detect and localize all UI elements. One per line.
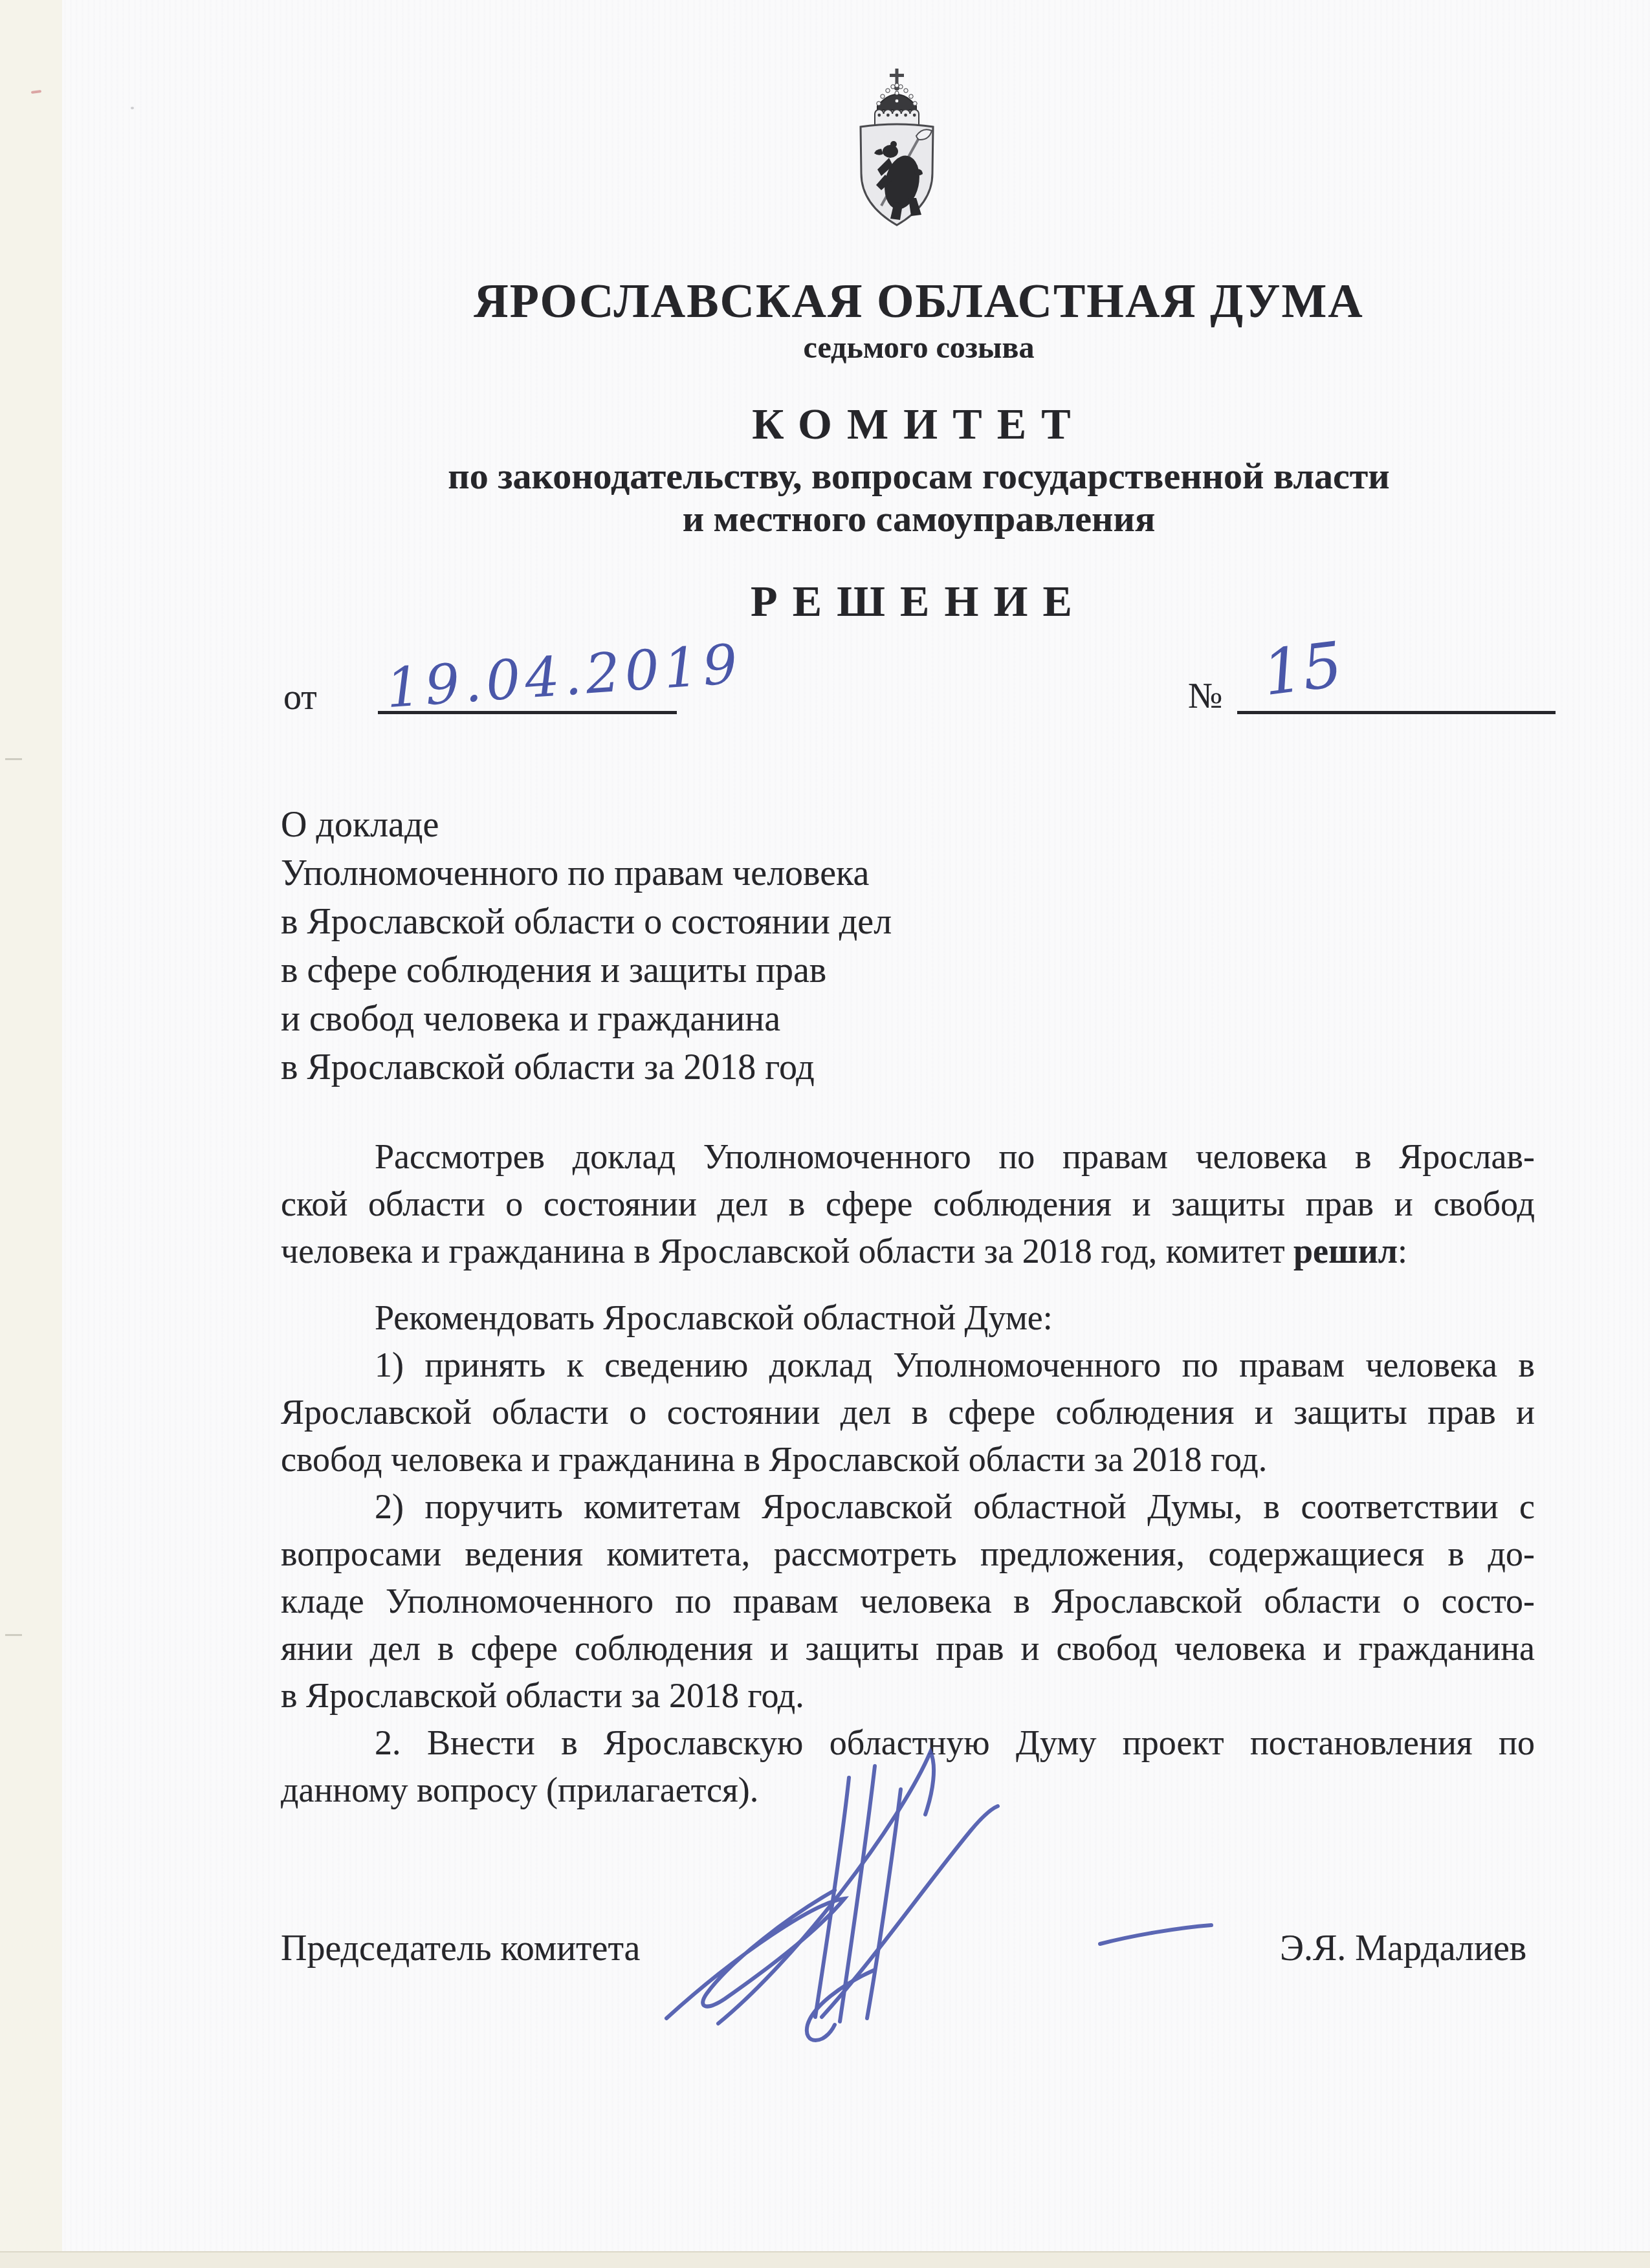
subject-block: О докладеУполномоченного по правам челов… bbox=[281, 801, 1096, 1092]
text-line: и свобод человека и гражданина bbox=[281, 995, 1096, 1043]
committee-scope-line: и местного самоуправления bbox=[272, 497, 1566, 540]
text-line: в сфере соблюдения и защиты прав bbox=[281, 946, 1096, 995]
fold-mark bbox=[5, 758, 22, 760]
text-line: 1) принять к сведению доклад Уполномочен… bbox=[281, 1342, 1535, 1389]
scan-bottom-edge bbox=[0, 2251, 1650, 2268]
scan-left-edge bbox=[0, 0, 62, 2268]
committee-scope-line: по законодательству, вопросам государств… bbox=[272, 454, 1566, 497]
handwritten-number: 15 bbox=[1259, 628, 1347, 710]
text-line: Ярославской области о состоянии дел в сф… bbox=[281, 1389, 1535, 1436]
scan-speck bbox=[131, 107, 134, 109]
number-underline bbox=[1237, 711, 1556, 714]
text-line: человека и гражданина в Ярославской обла… bbox=[281, 1228, 1535, 1275]
text-line: 2) поручить комитетам Ярославской област… bbox=[281, 1483, 1535, 1531]
chairman-name: Э.Я. Мардалиев bbox=[1280, 1928, 1526, 1969]
convocation: седьмого созыва bbox=[272, 330, 1566, 365]
signature-scribble-icon bbox=[621, 1747, 1255, 2057]
text-line: О докладе bbox=[281, 801, 1096, 849]
handwritten-date: 19.04.2019 bbox=[384, 632, 743, 720]
text-line: в Ярославской области о состоянии дел bbox=[281, 898, 1096, 946]
text-line: Рассмотрев доклад Уполномоченного по пра… bbox=[281, 1133, 1535, 1181]
fold-mark bbox=[5, 1634, 22, 1636]
org-name: ЯРОСЛАВСКАЯ ОБЛАСТНАЯ ДУМА bbox=[272, 274, 1566, 329]
date-underline bbox=[378, 711, 677, 714]
text-line: в Ярославской области за 2018 год. bbox=[281, 1672, 1535, 1719]
text-line: янии дел в сфере соблюдения и защиты пра… bbox=[281, 1625, 1535, 1672]
date-from-label: от bbox=[283, 677, 317, 718]
text-line: Уполномоченного по правам человека bbox=[281, 849, 1096, 898]
text-line: в Ярославской области за 2018 год bbox=[281, 1043, 1096, 1092]
text-line: Рекомендовать Ярославской областной Думе… bbox=[281, 1294, 1535, 1342]
yaroslavl-coat-of-arms-icon bbox=[852, 67, 942, 230]
text-line: вопросами ведения комитета, рассмотреть … bbox=[281, 1531, 1535, 1578]
text-line: свобод человека и гражданина в Ярославск… bbox=[281, 1436, 1535, 1483]
text-line: кладе Уполномоченного по правам человека… bbox=[281, 1578, 1535, 1625]
decision-title: РЕШЕНИЕ bbox=[272, 576, 1566, 627]
number-sign-label: № bbox=[1188, 675, 1222, 717]
document-page: ЯРОСЛАВСКАЯ ОБЛАСТНАЯ ДУМА седьмого созы… bbox=[0, 0, 1650, 2268]
chairman-title: Председатель комитета bbox=[281, 1928, 640, 1969]
committee-title: КОМИТЕТ bbox=[272, 398, 1566, 450]
text-line: ской области о состоянии дел в сфере соб… bbox=[281, 1181, 1535, 1228]
body-text: Рассмотрев доклад Уполномоченного по пра… bbox=[281, 1133, 1535, 1814]
